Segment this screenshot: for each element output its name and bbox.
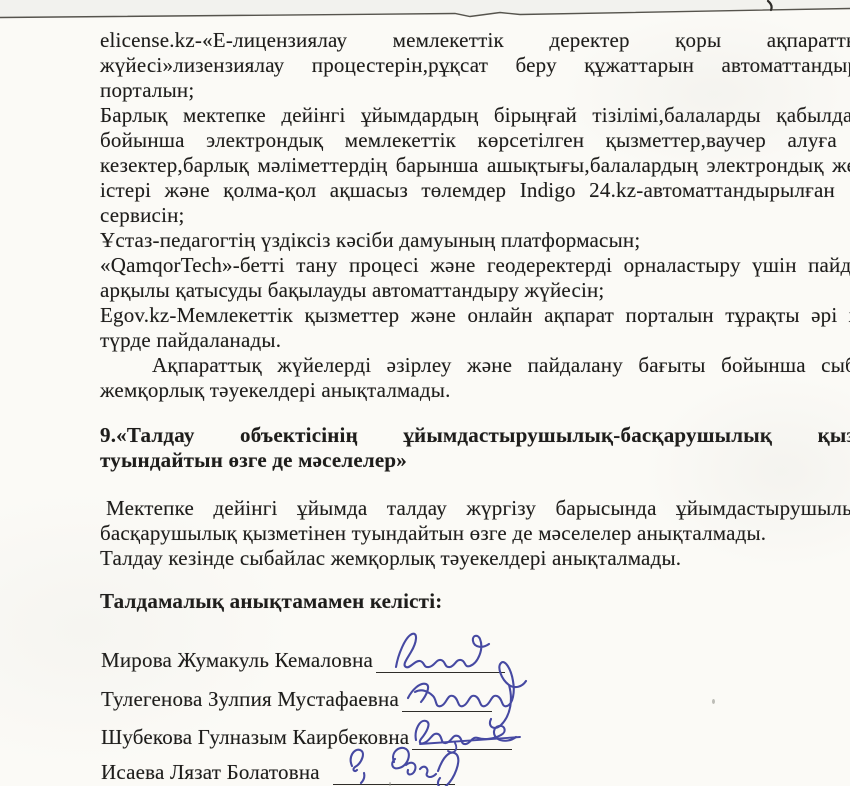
document-line: түрде пайдаланады. <box>100 328 850 353</box>
document-body: elicense.kz-«Е-лицензиялау мемлекеттік д… <box>100 28 850 614</box>
paragraph-ustaz: Ұстаз-педагогтің үздіксіз кәсіби дамуыны… <box>100 228 850 253</box>
document-line: Ұстаз-педагогтің үздіксіз кәсіби дамуыны… <box>100 228 850 253</box>
document-line: порталын; <box>100 78 850 103</box>
document-line: істері және қолма-қол ақшасыз төлемдер I… <box>100 178 850 203</box>
document-line: басқарушылық қызметінен туындайтын өзге … <box>100 521 850 546</box>
heading-line: Талдамалық анықтамамен келісті: <box>100 589 850 614</box>
paragraph-qamqortech: «QamqorTech»-бетті тану процесі және гео… <box>100 253 850 303</box>
heading-line: 9.«Талдау объектісінің ұйымдастырушылық-… <box>100 423 850 448</box>
signatory-row: Тулегенова Зулпия Мустафаевна <box>101 684 492 712</box>
scan-speck <box>389 782 391 786</box>
document-line: арқылы қатысуды бақылауды автоматтандыру… <box>100 278 850 303</box>
document-line: Мектепке дейінгі ұйымда талдау жүргізу б… <box>100 496 850 521</box>
document-line: кезектер,барлық мәліметтердің барынша аш… <box>100 153 850 178</box>
scan-speck <box>712 699 715 704</box>
paragraph-preschool-registry: Барлық мектепке дейінгі ұйымдардың бірың… <box>100 103 850 228</box>
paragraph-it-risks-conclusion: Ақпараттық жүйелерді әзірлеу және пайдал… <box>100 353 850 403</box>
document-line: «QamqorTech»-бетті тану процесі және гео… <box>100 253 850 278</box>
paragraph-egov: Egov.kz-Мемлекеттік қызметтер және онлай… <box>100 303 850 353</box>
scanned-document-page: { "colors": { "page_background": "#fbfaf… <box>0 0 850 786</box>
document-line: elicense.kz-«Е-лицензиялау мемлекеттік д… <box>100 28 850 53</box>
signatory-name: Шубекова Гулназым Каирбековна <box>101 725 409 750</box>
signatory-name: Тулегенова Зулпия Мустафаевна <box>101 687 399 712</box>
signatory-name: Исаева Лязат Болатовна <box>101 760 320 785</box>
agreement-heading: Талдамалық анықтамамен келісті: <box>100 589 850 614</box>
section-9-paragraph: Мектепке дейінгі ұйымда талдау жүргізу б… <box>100 496 850 571</box>
document-line: Ақпараттық жүйелерді әзірлеу және пайдал… <box>100 353 850 378</box>
document-line: жүйесі»лизензиялау процестерін,рұқсат бе… <box>100 53 850 78</box>
document-line: Egov.kz-Мемлекеттік қызметтер және онлай… <box>100 303 850 328</box>
document-line: Талдау кезінде сыбайлас жемқорлық тәуеке… <box>100 546 850 571</box>
signature-underline <box>412 723 512 750</box>
document-line: Барлық мектепке дейінгі ұйымдардың бірың… <box>100 103 850 128</box>
heading-line: туындайтын өзге де мәселелер» <box>100 448 850 473</box>
paragraph-elicense: elicense.kz-«Е-лицензиялау мемлекеттік д… <box>100 28 850 103</box>
signature-underline <box>333 758 455 785</box>
signatory-row: Шубекова Гулназым Каирбековна <box>101 722 512 750</box>
signature-underline <box>402 685 492 712</box>
signatory-row: Исаева Лязат Болатовна <box>101 757 455 785</box>
document-line: бойынша электрондық мемлекеттік көрсетіл… <box>100 128 850 153</box>
section-9-heading: 9.«Талдау объектісінің ұйымдастырушылық-… <box>100 423 850 473</box>
signatory-name: Мирова Жумакуль Кемаловна <box>101 648 373 673</box>
signature-underline <box>376 646 505 673</box>
document-line: жемқорлық тәуекелдері анықталмады. <box>100 378 850 403</box>
signatory-row: Мирова Жумакуль Кемаловна <box>101 645 505 673</box>
document-line: сервисін; <box>100 203 850 228</box>
scan-edge-artifact <box>0 0 850 26</box>
